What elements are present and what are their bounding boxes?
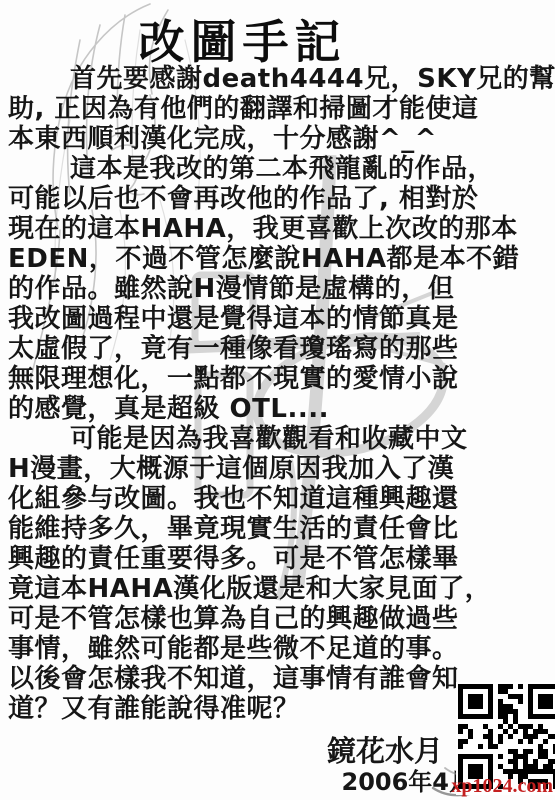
text-line: 我改圖過程中還是覺得這本的情節真是 — [8, 304, 555, 334]
text-line: 無限理想化，一點都不現實的愛情小說 — [8, 364, 555, 394]
text-line: 助, 正因為有他們的翻譯和掃圖才能使這 — [8, 94, 555, 124]
body-text: 首先要感謝death4444兄，SKY兄的幫 助, 正因為有他們的翻譯和掃圖才能… — [8, 64, 555, 724]
text-line: EDEN，不過不管怎麼說HAHA都是本不錯 — [8, 244, 555, 274]
text-line: 能維持多久，畢竟現實生活的責任會比 — [8, 514, 555, 544]
text-line: 這本是我改的第二本飛龍亂的作品， — [8, 154, 555, 184]
text-line: 現在的這本HAHA，我更喜歡上次改的那本 — [8, 214, 555, 244]
site-watermark: xp1024.com — [451, 775, 553, 798]
text-line: H漫畫，大概源于這個原因我加入了漢 — [8, 454, 555, 484]
page-title: 改圖手記 — [0, 6, 485, 72]
text-line: 的作品。雖然說H漫情節是虛構的，但 — [8, 274, 555, 304]
scanned-page: 改圖手記 首先要感謝death4444兄，SKY兄的幫 助, 正因為有他們的翻譯… — [0, 0, 555, 800]
text-line: 太虛假了，竟有一種像看瓊瑤寫的那些 — [8, 334, 555, 364]
text-line: 可是不管怎樣也算為自己的興趣做過些 — [8, 604, 555, 634]
text-line: 可能以后也不會再改他的作品了, 相對於 — [8, 184, 555, 214]
text-line: 竟這本HAHA漢化版還是和大家見面了， — [8, 574, 555, 604]
text-line: 事情，雖然可能都是些微不足道的事。 — [8, 634, 555, 664]
text-line: 化組參与改圖。我也不知道這種興趣還 — [8, 484, 555, 514]
text-line: 首先要感謝death4444兄，SKY兄的幫 — [8, 64, 555, 94]
text-line: 興趣的責任重要得多。可是不管怎樣畢 — [8, 544, 555, 574]
text-line: 可能是因為我喜歡觀看和收藏中文 — [8, 424, 555, 454]
text-line: 本東西順利漢化完成，十分感謝^_^ — [8, 124, 555, 154]
text-line: 的感覺，真是超級 OTL.... — [8, 394, 555, 424]
